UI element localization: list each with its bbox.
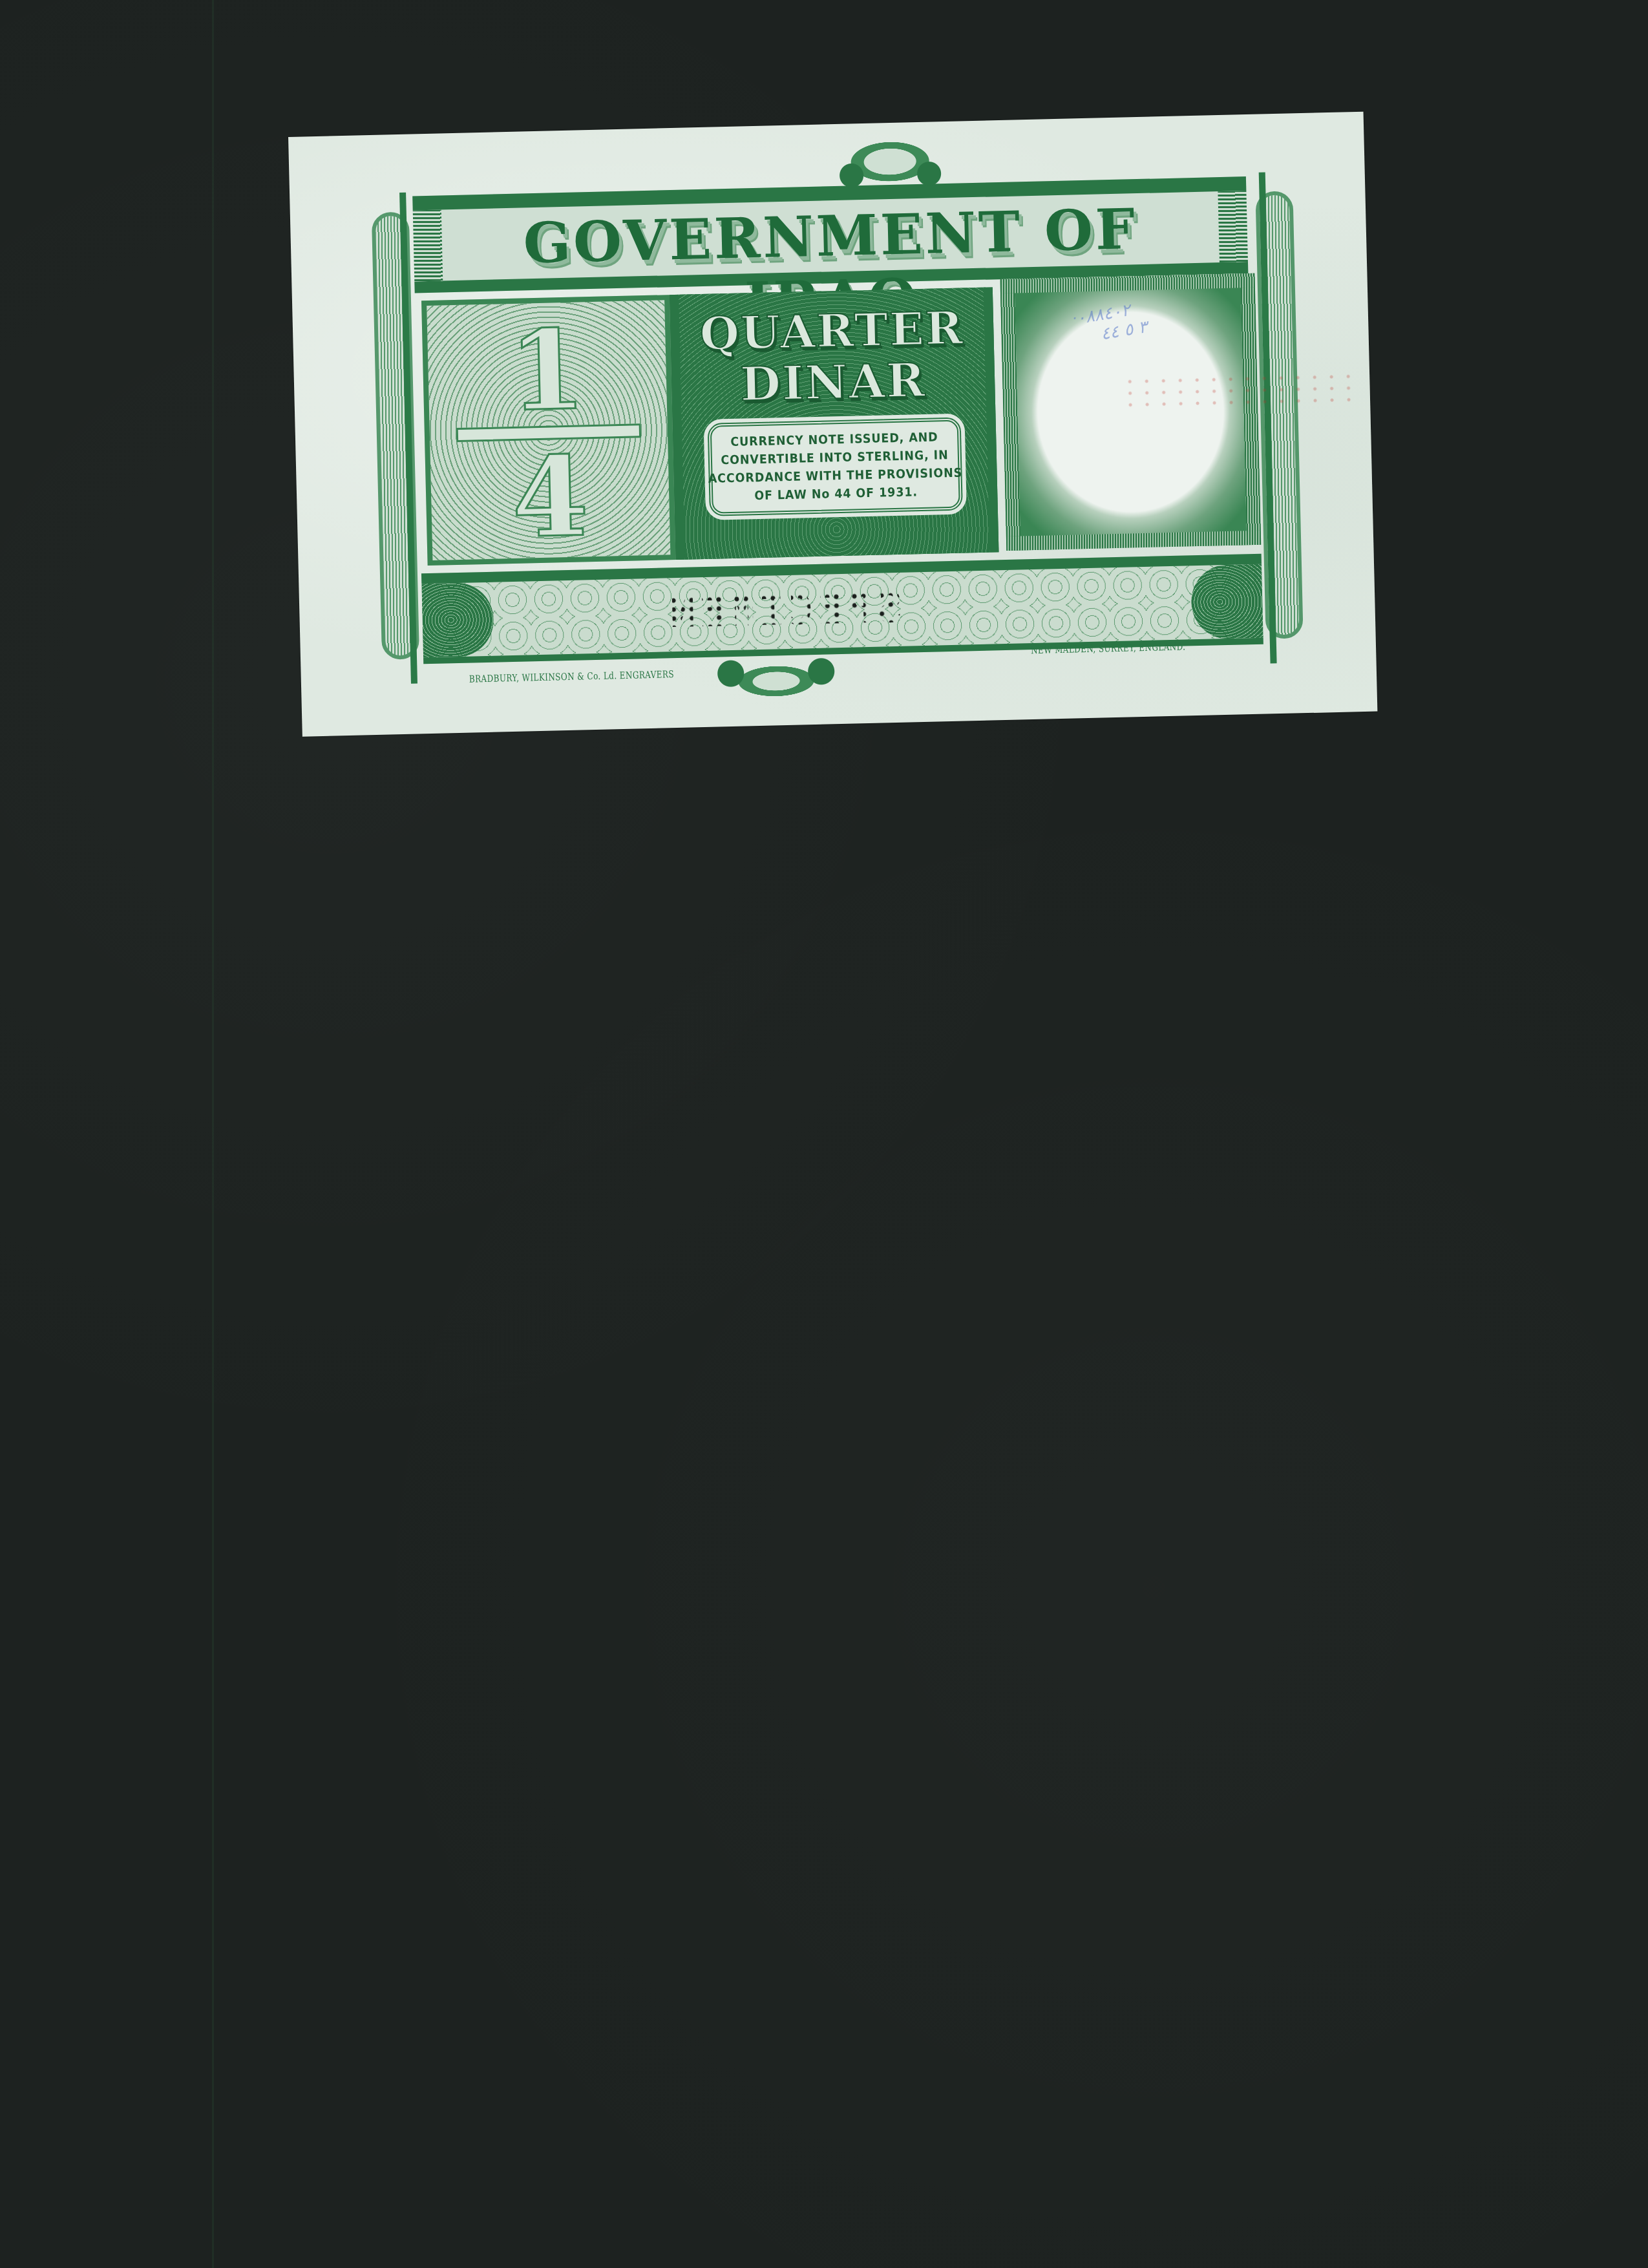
- denomination-panel: QUARTER DINAR CURRENCY NOTE ISSUED, AND …: [670, 287, 999, 560]
- title-bar: GOVERNMENT OF IRAQ: [412, 176, 1248, 293]
- fraction-denomination: 1 4: [427, 313, 671, 555]
- banknote: GOVERNMENT OF IRAQ 1 4 QUARTER DINAR CUR…: [288, 112, 1377, 737]
- pencil-annotation-line: ٣ ٥ ٤٤: [1074, 317, 1149, 348]
- pencil-annotation-line: ᐧ٠٨٨٤٠٢: [1071, 298, 1146, 329]
- watermark-window: ᐧ٠٨٨٤٠٢ ٣ ٥ ٤٤: [1000, 273, 1261, 551]
- legend-cartouche: CURRENCY NOTE ISSUED, AND CONVERTIBLE IN…: [708, 418, 963, 516]
- red-ink-specks: [1121, 370, 1355, 408]
- fraction-panel: 1 4: [421, 295, 676, 566]
- scanner-streak: [212, 0, 214, 2268]
- pencil-annotation: ᐧ٠٨٨٤٠٢ ٣ ٥ ٤٤: [1071, 298, 1149, 348]
- top-crest-ornament-icon: [812, 134, 968, 202]
- issuer-title: GOVERNMENT OF IRAQ: [452, 196, 1209, 279]
- specimen-perforation: SPECIMEN: [655, 581, 914, 639]
- fraction-denominator: 4: [430, 440, 670, 555]
- left-rosette-icon: [421, 582, 494, 658]
- bottom-crest-ornament-icon: [695, 648, 858, 710]
- right-rosette-icon: [1190, 564, 1263, 640]
- fraction-numerator: 1: [427, 313, 668, 429]
- denomination-word-dinar: DINAR: [680, 351, 986, 413]
- legend-line: OF LAW No 44 OF 1931.: [754, 483, 918, 505]
